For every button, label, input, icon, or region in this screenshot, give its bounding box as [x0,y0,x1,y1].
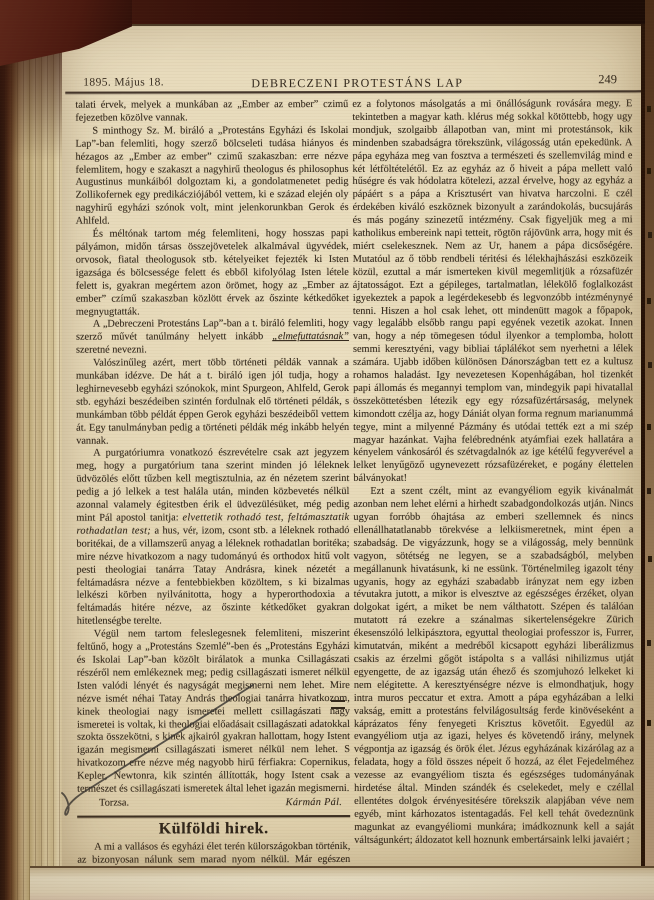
paragraph: A „Debreczeni Protestáns Lap”-ban a t. b… [76,318,349,357]
page-bottom-edge [30,866,654,900]
signature-author: Kármán Pál. [286,797,343,810]
text-run: szeretné nevezni. [76,345,147,356]
section-divider [77,815,350,818]
paragraph: ez a folytonos másolgatás a mi önállóság… [352,98,633,486]
text-run: Végül nem tartom feleslegesnek felemlite… [77,628,350,795]
text-run: Ezt a szent czélt, mint az evangyéliom e… [353,485,634,845]
adjacent-page-text-specks [647,106,651,112]
page-content: 1895. Május 18. DEBRECZENI PROTESTÁNS LA… [0,0,654,900]
text-run: talati érvek, melyek a munkában az „Embe… [75,99,348,124]
signature-row: Torzsa. Kármán Pál. [77,796,350,811]
text-run: És méltónak tartom még felemliteni, hogy… [76,228,349,317]
text-run: a hus, vér, izom, csont stb. a léleknek … [76,525,349,627]
page-number: 249 [598,72,617,87]
text-run: Valószinűleg azért, mert több történeti … [76,357,349,446]
journal-title: DEBRECZENI PROTESTÁNS LAP [247,76,467,92]
right-column: ez a folytonos másolgatás a mi önállóság… [352,98,634,871]
emphasized-term: „elmefuttatásnak” [272,331,349,342]
header-rule [65,90,641,94]
paragraph: S minthogy Sz. M. biráló a „Protestáns E… [75,125,348,229]
margin-equals-mark [331,700,345,714]
signature-place: Torzsa. [99,797,129,810]
text-run: S minthogy Sz. M. biráló a „Protestáns E… [75,125,348,227]
paragraph: És méltónak tartom még felemliteni, hogy… [76,228,349,319]
paragraph: talati érvek, melyek a munkában az „Embe… [75,99,348,126]
paragraph: Ezt a szent czélt, mint az evangyéliom e… [353,485,634,847]
paragraph: Valószinűleg azért, mert több történeti … [76,357,349,448]
section-heading: Külföldi hirek. [77,823,350,837]
paragraph: A purgatóriumra vonatkozó észrevételre c… [76,447,349,628]
right-page-edge [645,0,654,900]
left-column: talati érvek, melyek a munkában az „Embe… [75,99,350,900]
text-run: ez a folytonos másolgatás a mi önállóság… [352,98,633,484]
paragraph: Végül nem tartom feleslegesnek felemlite… [77,628,350,796]
header-date: 1895. Május 18. [83,76,164,88]
